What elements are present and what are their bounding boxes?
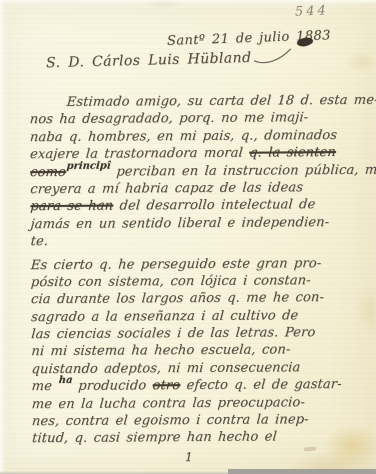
archive-number: 544 <box>295 3 329 19</box>
handwriting-text: ni mi sistema ha hecho escuela, con- <box>31 343 291 360</box>
handwriting-text: naba q. hombres, en mi pais, q., dominad… <box>29 128 337 145</box>
paragraph: Es cierto q. he perseguido este gran pro… <box>30 255 357 449</box>
handwriting-text: nos ha desagradado, porq. no me imaji- <box>29 111 309 128</box>
handwriting-text: jamás en un sentido liberal e independie… <box>30 215 330 232</box>
handwriting-text: las ciencias sociales i de las letras. P… <box>31 325 316 342</box>
handwriting-text: titud, q. casi siempre han hecho el <box>31 430 277 447</box>
handwriting-text: cia durante los largos años q. me he con… <box>30 290 324 307</box>
handwriting-text: producido <box>71 379 153 395</box>
struck-text: como <box>30 164 67 179</box>
interlinear-insertion: ha <box>58 375 73 386</box>
handwriting-text: me <box>31 379 59 394</box>
handwriting-text: creyera a mí habria capaz de las ideas <box>30 180 304 197</box>
handwriting-text: me en la lucha contra las preocupacio- <box>31 395 305 412</box>
handwritten-line: me ha producido otro efecto q. el de gas… <box>31 377 358 397</box>
paragraph: Estimado amigo, su carta del 18 d. esta … <box>29 93 356 252</box>
struck-text: para se han <box>30 199 114 215</box>
handwritten-line: Es cierto q. he perseguido este gran pro… <box>30 255 357 275</box>
handwritten-line: cia durante los largos años q. me he con… <box>30 290 357 310</box>
handwritten-line: nos ha desagradado, porq. no me imaji- <box>29 110 356 130</box>
interlinear-insertion: principî <box>66 160 111 171</box>
handwriting-text: Es cierto q. he perseguido este gran pro… <box>30 256 322 273</box>
handwriting-text: sagrado a la enseñanza i al cultivo de <box>31 308 299 325</box>
letter-body: Estimado amigo, su carta del 18 d. esta … <box>29 93 357 449</box>
handwritten-line: te. <box>30 232 357 252</box>
handwriting-text: nes, contra el egoismo i contra la inep- <box>31 412 309 429</box>
handwriting-text: Estimado amigo, su carta del 18 d. esta … <box>66 93 376 110</box>
handwriting-text: perciban en la instruccion pública, me <box>109 162 376 179</box>
handwriting-text: efecto q. el de gastar- <box>180 377 343 393</box>
handwritten-line: ni mi sistema ha hecho escuela, con- <box>31 342 358 362</box>
paper-edge-left <box>0 0 5 474</box>
scan-background-sliver <box>228 469 376 474</box>
page-number: 1 <box>185 450 193 464</box>
handwriting-text: exajere la trastornadora moral <box>29 146 249 163</box>
letter-scan: 544 Santº 21 de julio 1883 S. D. Cárlos … <box>0 0 376 474</box>
handwriting-text: del desarrollo intelectual de <box>113 197 316 213</box>
handwriting-text: te. <box>30 234 49 249</box>
handwriting-text: pósito con sistema, con lójica i constan… <box>30 273 311 290</box>
struck-text: q. la sienten <box>249 145 337 161</box>
salutation-flourish <box>253 47 293 66</box>
handwritten-line: para se han del desarrollo intelectual d… <box>30 197 357 217</box>
struck-text: otro <box>152 378 181 393</box>
handwritten-line: comoprincipî perciban en la instruccion … <box>29 162 356 182</box>
